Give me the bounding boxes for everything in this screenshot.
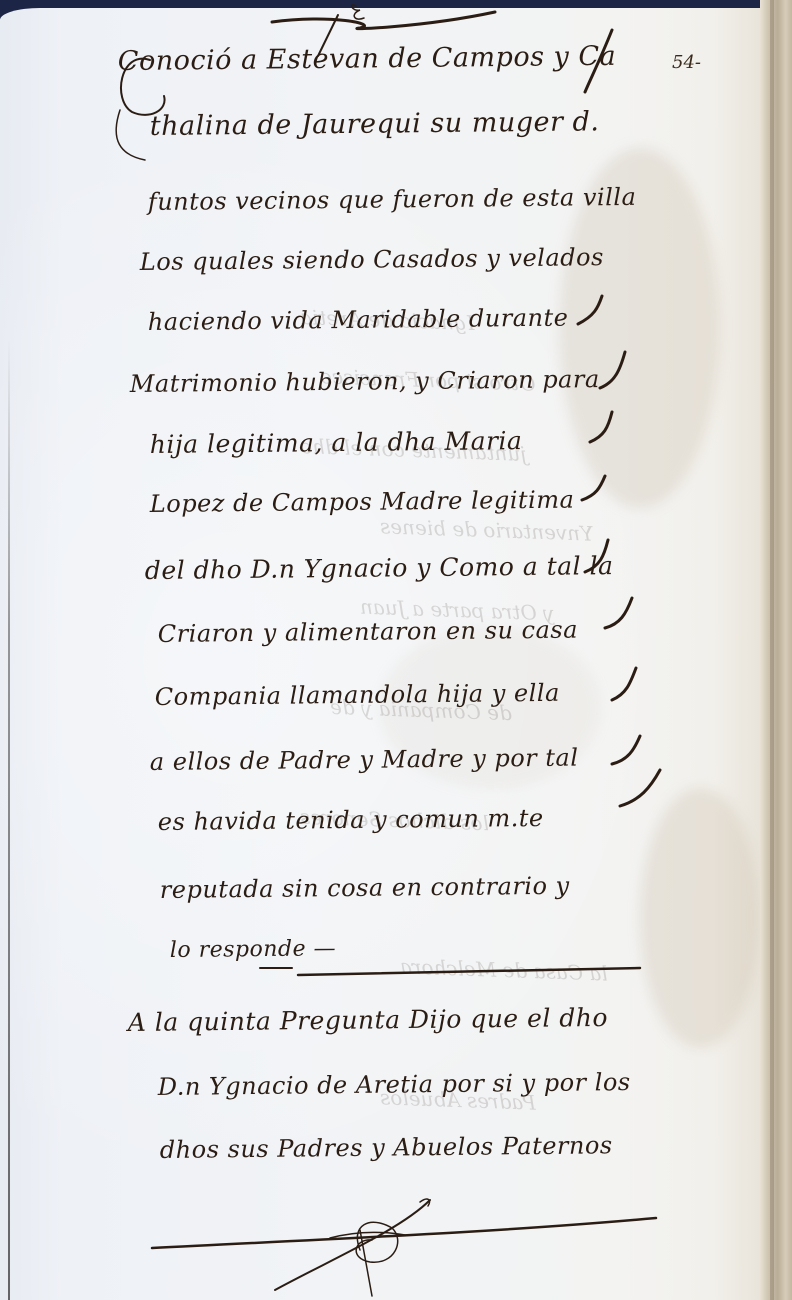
manuscript-line: a ellos de Padre y Madre y por tal xyxy=(150,744,579,776)
manuscript-line: reputada sin cosa en contrario y xyxy=(160,872,570,904)
manuscript-scan: Ignacio de AretiaOtro si por Franciscoju… xyxy=(0,0,792,1300)
manuscript-line: hija legitima, a la dha Maria xyxy=(150,426,523,459)
manuscript-line: haciendo vida Maridable durante xyxy=(148,304,569,336)
manuscript-line: es havida tenida y comun m.te xyxy=(158,804,544,836)
manuscript-line: Lopez de Campos Madre legitima xyxy=(150,486,575,518)
manuscript-line: D.n Ygnacio de Aretia por si y por los xyxy=(158,1068,631,1101)
manuscript-line: funtos vecinos que fueron de esta villa xyxy=(148,183,637,216)
manuscript-line: Compania llamandola hija y ella xyxy=(155,679,560,711)
manuscript-line: Criaron y alimentaron en su casa xyxy=(158,616,578,648)
manuscript-line: dhos sus Padres y Abuelos Paternos xyxy=(160,1131,613,1164)
manuscript-line: Los quales siendo Casados y velados xyxy=(140,243,604,276)
manuscript-line: thalina de Jaurequi su muger d. xyxy=(150,106,600,142)
manuscript-text: Conoció a Estevan de Campos y Cathalina … xyxy=(0,8,775,1300)
manuscript-page: Ignacio de AretiaOtro si por Franciscoju… xyxy=(0,8,775,1300)
manuscript-line: Matrimonio hubieron, y Criaron para xyxy=(130,365,600,398)
folio-number: 54- xyxy=(672,52,701,73)
manuscript-line: A la quinta Pregunta Dijo que el dho xyxy=(128,1003,608,1037)
manuscript-line: del dho D.n Ygnacio y Como a tal la xyxy=(145,551,614,585)
manuscript-line: Conoció a Estevan de Campos y Ca xyxy=(118,41,617,77)
book-binding-edge xyxy=(760,0,792,1300)
manuscript-line: lo responde — xyxy=(170,936,336,963)
